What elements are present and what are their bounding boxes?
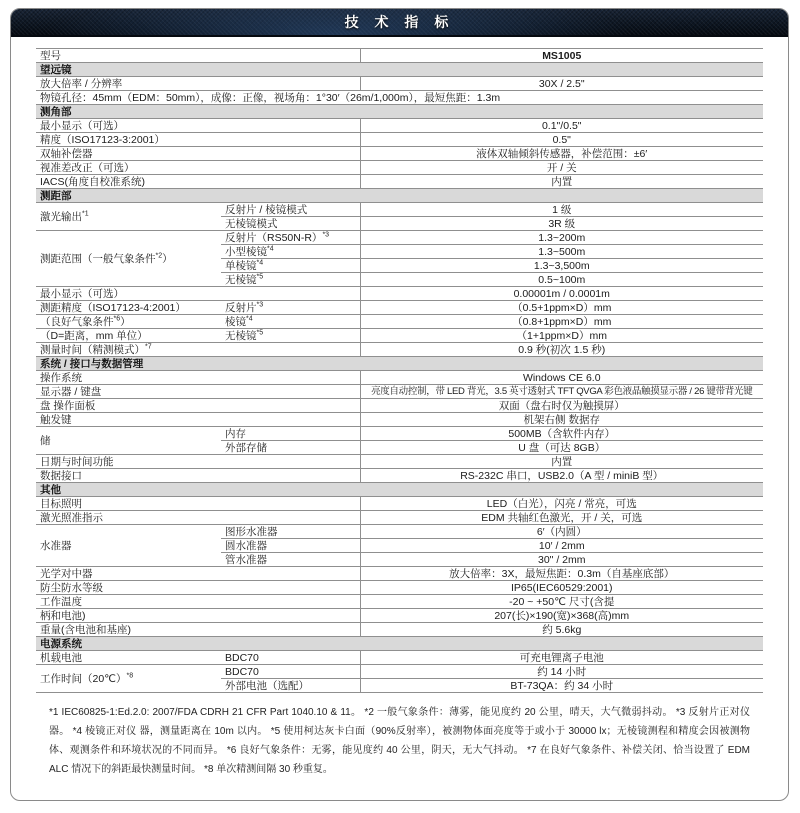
spec-value: 可充电锂离子电池 (360, 651, 763, 665)
spec-label: 光学对中器 (36, 567, 360, 581)
spec-label: 双轴补偿器 (36, 147, 360, 161)
table-row: 储内存500MB（含软件内存） (36, 427, 763, 441)
spec-value: 0.5~100m (360, 273, 763, 287)
section-header: 望远镜 (36, 63, 763, 77)
table-row: 显示器 / 键盘亮度自动控制，带 LED 背光，3.5 英寸透射式 TFT QV… (36, 385, 763, 399)
section-row: 电源系统 (36, 637, 763, 651)
table-row: 工作温度-20 ~ +50℃ 尺寸(含提 (36, 595, 763, 609)
spec-label: 测距范围（一般气象条件*2） (36, 231, 221, 287)
spec-label: 激光照准指示 (36, 511, 360, 525)
spec-value: 0.9 秒(初次 1.5 秒) (360, 343, 763, 357)
spec-value: BT-73QA：约 34 小时 (360, 679, 763, 693)
spec-value: 内置 (360, 175, 763, 189)
table-row: 操作系统Windows CE 6.0 (36, 371, 763, 385)
spec-value: 1.3~200m (360, 231, 763, 245)
table-row: 水准器图形水准器6′（内圆） (36, 525, 763, 539)
spec-sublabel: 外部电池（选配） (221, 679, 360, 693)
spec-value: 开 / 关 (360, 161, 763, 175)
spec-sublabel: 无棱镜模式 (221, 217, 360, 231)
table-row: 数据接口RS-232C 串口，USB2.0（A 型 / miniB 型） (36, 469, 763, 483)
spec-label: 操作系统 (36, 371, 360, 385)
spec-value: 30X / 2.5" (360, 77, 763, 91)
table-row: 精度（ISO17123-3:2001）0.5" (36, 133, 763, 147)
spec-sublabel: 单棱镜*4 (221, 259, 360, 273)
spec-sublabel: 外部存储 (221, 441, 360, 455)
spec-sheet-card: 技 术 指 标 型号MS1005望远镜放大倍率 / 分辨率30X / 2.5"物… (10, 8, 789, 801)
spec-value: -20 ~ +50℃ 尺寸(含提 (360, 595, 763, 609)
spec-value: IP65(IEC60529:2001) (360, 581, 763, 595)
table-row: （D=距离，mm 单位）无棱镜*5（1+1ppm×D）mm (36, 329, 763, 343)
spec-sublabel: 无棱镜*5 (221, 329, 360, 343)
section-row: 其他 (36, 483, 763, 497)
spec-value: 0.1"/0.5" (360, 119, 763, 133)
spec-sublabel: 图形水准器 (221, 525, 360, 539)
spec-content: 型号MS1005望远镜放大倍率 / 分辨率30X / 2.5"物镜孔径：45mm… (11, 37, 788, 779)
spec-value: 内置 (360, 455, 763, 469)
table-row: IACS(角度自校准系统)内置 (36, 175, 763, 189)
spec-value: 0.00001m / 0.0001m (360, 287, 763, 301)
table-row: 测距范围（一般气象条件*2）反射片（RS50N-R）*31.3~200m (36, 231, 763, 245)
table-row: 视准差改正（可选）开 / 关 (36, 161, 763, 175)
table-row: 工作时间（20℃）*8BDC70约 14 小时 (36, 665, 763, 679)
table-row: 机载电池BDC70可充电锂离子电池 (36, 651, 763, 665)
spec-value: （0.5+1ppm×D）mm (360, 301, 763, 315)
spec-value: 1.3~500m (360, 245, 763, 259)
table-row: 双轴补偿器液体双轴倾斜传感器，补偿范围：±6′ (36, 147, 763, 161)
spec-value: 207(长)×190(宽)×368(高)mm (360, 609, 763, 623)
spec-label: 触发键 (36, 413, 360, 427)
table-row: 测距精度（ISO17123-4:2001）反射片*3（0.5+1ppm×D）mm (36, 301, 763, 315)
spec-label: 目标照明 (36, 497, 360, 511)
table-row: 激光照准指示EDM 共轴红色激光，开 / 关，可选 (36, 511, 763, 525)
title-banner: 技 术 指 标 (11, 9, 788, 37)
spec-value: 约 14 小时 (360, 665, 763, 679)
spec-sublabel: 反射片 / 棱镜模式 (221, 203, 360, 217)
section-header: 系统 / 接口与数据管理 (36, 357, 763, 371)
spec-value: Windows CE 6.0 (360, 371, 763, 385)
section-row: 望远镜 (36, 63, 763, 77)
spec-value: （0.8+1ppm×D）mm (360, 315, 763, 329)
spec-value: 30" / 2mm (360, 553, 763, 567)
spec-label: 工作时间（20℃）*8 (36, 665, 221, 693)
section-row: 系统 / 接口与数据管理 (36, 357, 763, 371)
spec-label: 储 (36, 427, 221, 455)
page-title: 技 术 指 标 (345, 12, 455, 32)
table-row: 物镜孔径：45mm（EDM：50mm），成像：正像，视场角：1°30′（26m/… (36, 91, 763, 105)
section-header: 测距部 (36, 189, 763, 203)
spec-value: EDM 共轴红色激光，开 / 关，可选 (360, 511, 763, 525)
spec-label: 数据接口 (36, 469, 360, 483)
spec-value: 500MB（含软件内存） (360, 427, 763, 441)
section-row: 测距部 (36, 189, 763, 203)
spec-label: 激光输出*1 (36, 203, 221, 231)
spec-label: （良好气象条件*6） (36, 315, 221, 329)
spec-label: 测距精度（ISO17123-4:2001） (36, 301, 221, 315)
table-row: 日期与时间功能内置 (36, 455, 763, 469)
spec-value: 液体双轴倾斜传感器，补偿范围：±6′ (360, 147, 763, 161)
section-header: 测角部 (36, 105, 763, 119)
spec-label: 柄和电池) (36, 609, 360, 623)
spec-value: 10′ / 2mm (360, 539, 763, 553)
spec-label: 型号 (36, 49, 360, 63)
spec-sublabel: 内存 (221, 427, 360, 441)
table-row: 光学对中器放大倍率：3X，最短焦距：0.3m（自基座底部） (36, 567, 763, 581)
spec-sublabel: 反射片（RS50N-R）*3 (221, 231, 360, 245)
table-row: 盘 操作面板双面（盘右时仅为触摸屏） (36, 399, 763, 413)
spec-value: 6′（内圆） (360, 525, 763, 539)
spec-value: 0.5" (360, 133, 763, 147)
spec-label: 日期与时间功能 (36, 455, 360, 469)
spec-sublabel: BDC70 (221, 665, 360, 679)
table-row: 最小显示（可选）0.1"/0.5" (36, 119, 763, 133)
table-row: 测量时间（精测模式）*70.9 秒(初次 1.5 秒) (36, 343, 763, 357)
table-row: 型号MS1005 (36, 49, 763, 63)
table-row: 防尘防水等级IP65(IEC60529:2001) (36, 581, 763, 595)
table-row: 柄和电池)207(长)×190(宽)×368(高)mm (36, 609, 763, 623)
spec-label: 盘 操作面板 (36, 399, 360, 413)
table-row: 激光输出*1反射片 / 棱镜模式1 级 (36, 203, 763, 217)
table-row: 最小显示（可选）0.00001m / 0.0001m (36, 287, 763, 301)
spec-value: 放大倍率：3X，最短焦距：0.3m（自基座底部） (360, 567, 763, 581)
spec-fullwidth-text: 物镜孔径：45mm（EDM：50mm），成像：正像，视场角：1°30′（26m/… (36, 91, 763, 105)
spec-label: 视准差改正（可选） (36, 161, 360, 175)
spec-value: RS-232C 串口，USB2.0（A 型 / miniB 型） (360, 469, 763, 483)
spec-label: 重量(含电池和基座) (36, 623, 360, 637)
spec-value: 双面（盘右时仅为触摸屏） (360, 399, 763, 413)
spec-sublabel: BDC70 (221, 651, 360, 665)
table-row: 触发键机架右侧 数据存 (36, 413, 763, 427)
spec-value: 机架右侧 数据存 (360, 413, 763, 427)
spec-sublabel: 管水准器 (221, 553, 360, 567)
spec-label: 精度（ISO17123-3:2001） (36, 133, 360, 147)
section-header: 其他 (36, 483, 763, 497)
spec-label: 工作温度 (36, 595, 360, 609)
spec-label: 最小显示（可选） (36, 287, 360, 301)
spec-label: （D=距离，mm 单位） (36, 329, 221, 343)
spec-value: MS1005 (360, 49, 763, 63)
spec-label: 放大倍率 / 分辨率 (36, 77, 360, 91)
footnotes: *1 IEC60825-1:Ed.2.0: 2007/FDA CDRH 21 C… (49, 703, 750, 779)
spec-value: 约 5.6kg (360, 623, 763, 637)
spec-value: 1.3~3,500m (360, 259, 763, 273)
section-header: 电源系统 (36, 637, 763, 651)
table-row: 重量(含电池和基座)约 5.6kg (36, 623, 763, 637)
spec-sublabel: 小型棱镜*4 (221, 245, 360, 259)
spec-label: 防尘防水等级 (36, 581, 360, 595)
spec-table: 型号MS1005望远镜放大倍率 / 分辨率30X / 2.5"物镜孔径：45mm… (36, 48, 763, 693)
spec-sublabel: 无棱镜*5 (221, 273, 360, 287)
section-row: 测角部 (36, 105, 763, 119)
spec-sublabel: 圆水准器 (221, 539, 360, 553)
table-row: 目标照明LED（白光），闪亮 / 常亮，可选 (36, 497, 763, 511)
spec-label: 最小显示（可选） (36, 119, 360, 133)
spec-value: 3R 级 (360, 217, 763, 231)
spec-label: 机载电池 (36, 651, 221, 665)
spec-table-body: 型号MS1005望远镜放大倍率 / 分辨率30X / 2.5"物镜孔径：45mm… (36, 49, 763, 693)
spec-sublabel: 棱镜*4 (221, 315, 360, 329)
spec-label: 测量时间（精测模式）*7 (36, 343, 360, 357)
table-row: （良好气象条件*6）棱镜*4（0.8+1ppm×D）mm (36, 315, 763, 329)
spec-value: LED（白光），闪亮 / 常亮，可选 (360, 497, 763, 511)
spec-value: U 盘（可达 8GB） (360, 441, 763, 455)
spec-value: 亮度自动控制，带 LED 背光，3.5 英寸透射式 TFT QVGA 彩色液晶触… (360, 385, 763, 399)
spec-label: 水准器 (36, 525, 221, 567)
table-row: 放大倍率 / 分辨率30X / 2.5" (36, 77, 763, 91)
spec-label: 显示器 / 键盘 (36, 385, 360, 399)
spec-value: 1 级 (360, 203, 763, 217)
spec-value: （1+1ppm×D）mm (360, 329, 763, 343)
spec-label: IACS(角度自校准系统) (36, 175, 360, 189)
spec-sublabel: 反射片*3 (221, 301, 360, 315)
